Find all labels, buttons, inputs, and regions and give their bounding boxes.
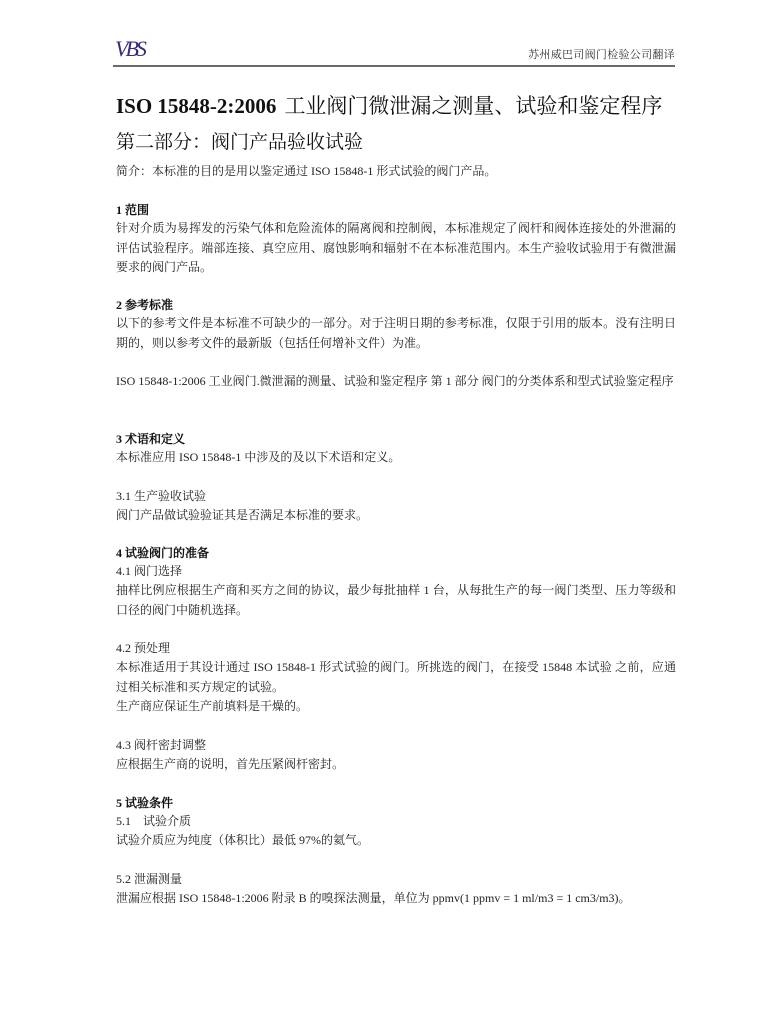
header-company-name: 苏州威巴司阀门检验公司翻译: [528, 48, 675, 62]
document-page: VBS 苏州威巴司阀门检验公司翻译 ISO 15848-2:2006工业阀门微泄…: [0, 0, 768, 1024]
reference-entry: ISO 15848-1:2006 工业阀门.微泄漏的测量、试验和鉴定程序 第 1…: [116, 372, 676, 392]
title-chinese: 工业阀门微泄漏之测量、试验和鉴定程序: [284, 94, 662, 118]
subsection-heading: 4.3 阀杆密封调整: [116, 736, 676, 755]
document-subtitle: 第二部分：阀门产品验收试验: [116, 130, 363, 156]
subsection-heading: 5.2 泄漏测量: [116, 870, 676, 889]
subsection-heading: 4.2 预处理: [116, 639, 676, 658]
section-1-scope: 1 范围 针对介质为易挥发的污染气体和危险流体的隔离阀和控制阀，本标准规定了阀杆…: [116, 201, 676, 278]
section-heading: 5 试验条件: [116, 794, 676, 812]
section-paragraph: 以下的参考文件是本标准不可缺少的一部分。对于注明日期的参考标准，仅限于引用的版本…: [116, 314, 676, 353]
section-heading: 4 试验阀门的准备: [116, 544, 676, 562]
subsection-heading: 5.1 试验介质: [116, 812, 676, 831]
title-standard-code: ISO 15848-2:2006: [116, 94, 276, 118]
subsection-paragraph: 试验介质应为纯度（体积比）最低 97%的氦气。: [116, 831, 676, 851]
section-heading: 3 术语和定义: [116, 430, 676, 448]
subsection-paragraph: 生产商应保证生产前填料是干燥的。: [116, 697, 676, 717]
document-intro: 简介：本标准的目的是用以鉴定通过 ISO 15848-1 形式试验的阀门产品。: [116, 162, 496, 181]
subsection-paragraph: 本标准适用于其设计通过 ISO 15848-1 形式试验的阀门。所挑选的阀门，在…: [116, 658, 676, 697]
subsection-paragraph: 应根据生产商的说明，首先压紧阀杆密封。: [116, 755, 676, 775]
section-paragraph: 针对介质为易挥发的污染气体和危险流体的隔离阀和控制阀，本标准规定了阀杆和阀体连接…: [116, 219, 676, 278]
section-4-preparation: 4 试验阀门的准备 4.1 阀门选择 抽样比例应根据生产商和买方之间的协议，最少…: [116, 544, 676, 774]
subsection-paragraph: 阀门产品做试验验证其是否满足本标准的要求。: [116, 506, 676, 526]
section-heading: 1 范围: [116, 201, 676, 219]
header-divider: [113, 65, 675, 67]
vbs-logo: VBS: [115, 38, 144, 60]
section-5-conditions: 5 试验条件 5.1 试验介质 试验介质应为纯度（体积比）最低 97%的氦气。 …: [116, 794, 676, 908]
subsection-paragraph: 泄漏应根据 ISO 15848-1:2006 附录 B 的嗅探法测量，单位为 p…: [116, 889, 676, 909]
subsection-heading: 4.1 阀门选择: [116, 562, 676, 581]
section-2-references: 2 参考标准 以下的参考文件是本标准不可缺少的一部分。对于注明日期的参考标准，仅…: [116, 296, 676, 392]
page-header: VBS 苏州威巴司阀门检验公司翻译: [113, 36, 675, 66]
section-3-terms: 3 术语和定义 本标准应用 ISO 15848-1 中涉及的及以下术语和定义。 …: [116, 430, 676, 525]
subsection-paragraph: 抽样比例应根据生产商和买方之间的协议，最少每批抽样 1 台，从每批生产的每一阀门…: [116, 581, 676, 620]
document-title: ISO 15848-2:2006工业阀门微泄漏之测量、试验和鉴定程序: [116, 92, 662, 120]
subsection-heading: 3.1 生产验收试验: [116, 487, 676, 506]
section-paragraph: 本标准应用 ISO 15848-1 中涉及的及以下术语和定义。: [116, 448, 676, 468]
section-heading: 2 参考标准: [116, 296, 676, 314]
